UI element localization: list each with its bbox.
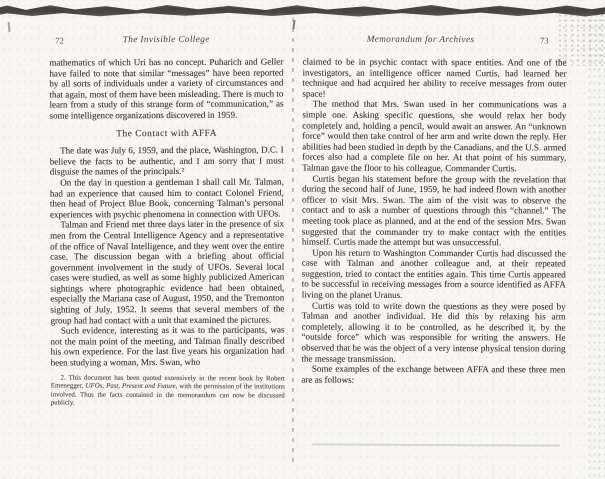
footnote: 2. This document has been quoted extensi… <box>51 374 285 409</box>
paragraph: Talman and Friend met three days later i… <box>50 219 284 326</box>
paragraph: claimed to be in psychic contact with sp… <box>302 57 566 100</box>
paragraph: The method that Mrs. Swan used in her co… <box>302 99 566 174</box>
paragraph: Such evidence, interesting as it was to … <box>50 325 284 368</box>
scan-streak <box>312 443 560 446</box>
paragraph: mathematics of which Uri has no concept.… <box>49 56 283 121</box>
right-page-number: 73 <box>540 35 549 45</box>
paragraph: Upon his return to Washington Commander … <box>302 247 566 301</box>
right-running-title: Memorandum for Archives <box>289 33 553 44</box>
scan-speck <box>8 22 11 32</box>
footnote-book-title: UFOs, Past, Present and Future <box>86 383 176 390</box>
scan-speck <box>292 20 295 29</box>
scan-right-edge-noise <box>587 10 605 479</box>
left-page-header: 72 The Invisible College <box>49 33 283 49</box>
paragraph: Curtis began his statement before the gr… <box>302 173 566 248</box>
right-page: Memorandum for Archives 73 claimed to be… <box>301 34 566 386</box>
paragraph: Some examples of the exchange between AF… <box>301 364 565 386</box>
left-page-number: 72 <box>55 35 64 45</box>
left-page: 72 The Invisible College mathematics of … <box>49 33 285 408</box>
paragraph: The date was July 6, 1959, and the place… <box>50 145 284 178</box>
left-running-title: The Invisible College <box>49 33 283 44</box>
section-heading: The Contact with AFFA <box>50 128 284 140</box>
page-gutter-line <box>292 18 294 465</box>
paragraph: On the day in question a gentleman I sha… <box>50 176 284 219</box>
left-page-body: mathematics of which Uri has no concept.… <box>49 56 285 408</box>
paragraph: Curtis was told to write down the questi… <box>301 300 565 364</box>
right-page-header: Memorandum for Archives 73 <box>303 34 567 50</box>
scan-top-edge <box>0 4 605 17</box>
book-scan: 72 The Invisible College mathematics of … <box>0 0 605 479</box>
right-page-body: claimed to be in psychic contact with sp… <box>301 57 566 386</box>
